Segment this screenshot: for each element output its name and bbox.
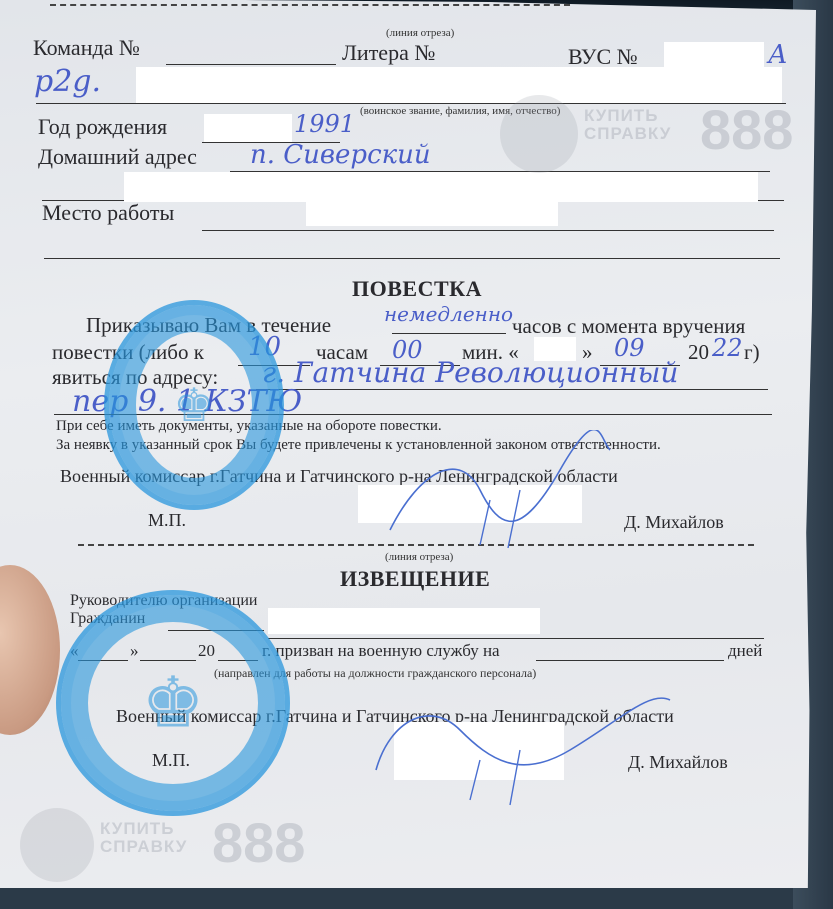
watermark-text-1: КУПИТЬ СПРАВКУ (584, 107, 671, 143)
home-address-label: Домашний адрес (38, 144, 197, 170)
watermark-line1: КУПИТЬ (584, 107, 671, 125)
official-stamp-top: ♚ (104, 300, 284, 510)
vus-handwritten: А (768, 40, 788, 70)
seal-label: М.П. (148, 510, 186, 531)
year-prefix: 20 (688, 340, 709, 365)
workplace-field-2 (44, 258, 780, 259)
redacted-birth-date (204, 114, 292, 142)
watermark-logo-icon (20, 808, 94, 882)
redacted-vus (664, 42, 764, 70)
team-label: Команда № (33, 35, 140, 61)
hours-field (392, 333, 506, 334)
signatory-name: Д. Михайлов (624, 512, 724, 533)
eagle-emblem-icon: ♚ (142, 662, 205, 745)
cut-line-label: (линия отреза) (386, 27, 454, 39)
workplace-field (202, 230, 774, 231)
hours-handwritten: немедленно (384, 302, 513, 326)
cut-line-top (50, 4, 570, 6)
name-field (36, 103, 786, 104)
letter-label: Литера № (342, 40, 435, 66)
drafted-text: г. призван на военную службу на (262, 641, 500, 661)
cut-line-middle-label: (линия отреза) (385, 551, 453, 563)
redacted-name (136, 67, 782, 103)
watermark-line2: СПРАВКУ (100, 838, 187, 856)
name-handwritten-prefix: р2g. (34, 64, 101, 99)
team-field (166, 64, 336, 65)
watermark-text-2: КУПИТЬ СПРАВКУ (100, 820, 187, 856)
signature-scribble-bottom (370, 690, 680, 810)
watermark-number-1: 888 (700, 102, 793, 158)
summons-paper: (линия отреза) Команда № Литера № ВУС № … (0, 0, 816, 888)
workplace-label: Место работы (42, 200, 174, 226)
home-address-handwritten: п. Сиверский (250, 140, 431, 170)
redacted-citizen (268, 608, 540, 634)
year-suffix: г) (744, 340, 760, 365)
eagle-emblem-icon: ♚ (173, 378, 214, 432)
citizen-field-2 (268, 638, 764, 639)
watermark-line2: СПРАВКУ (584, 125, 671, 143)
watermark-number-2: 888 (212, 815, 305, 871)
watermark-logo-icon (500, 95, 578, 173)
year-handwritten: 22 (712, 334, 743, 362)
signature-scribble-top (380, 430, 620, 550)
birth-year-label: Год рождения (38, 114, 167, 140)
official-stamp-bottom: ♚ (56, 590, 290, 816)
watermark-line1: КУПИТЬ (100, 820, 187, 838)
notice-title: ИЗВЕЩЕНИЕ (340, 566, 490, 592)
birth-year-handwritten: 1991 (294, 110, 355, 138)
address-field (256, 389, 768, 390)
days-field (536, 660, 724, 661)
address-handwritten-1: г. Гатчина Революционный (262, 356, 678, 389)
days-label: дней (728, 641, 762, 661)
redacted-workplace (306, 198, 558, 226)
summons-title: ПОВЕСТКА (352, 276, 482, 302)
